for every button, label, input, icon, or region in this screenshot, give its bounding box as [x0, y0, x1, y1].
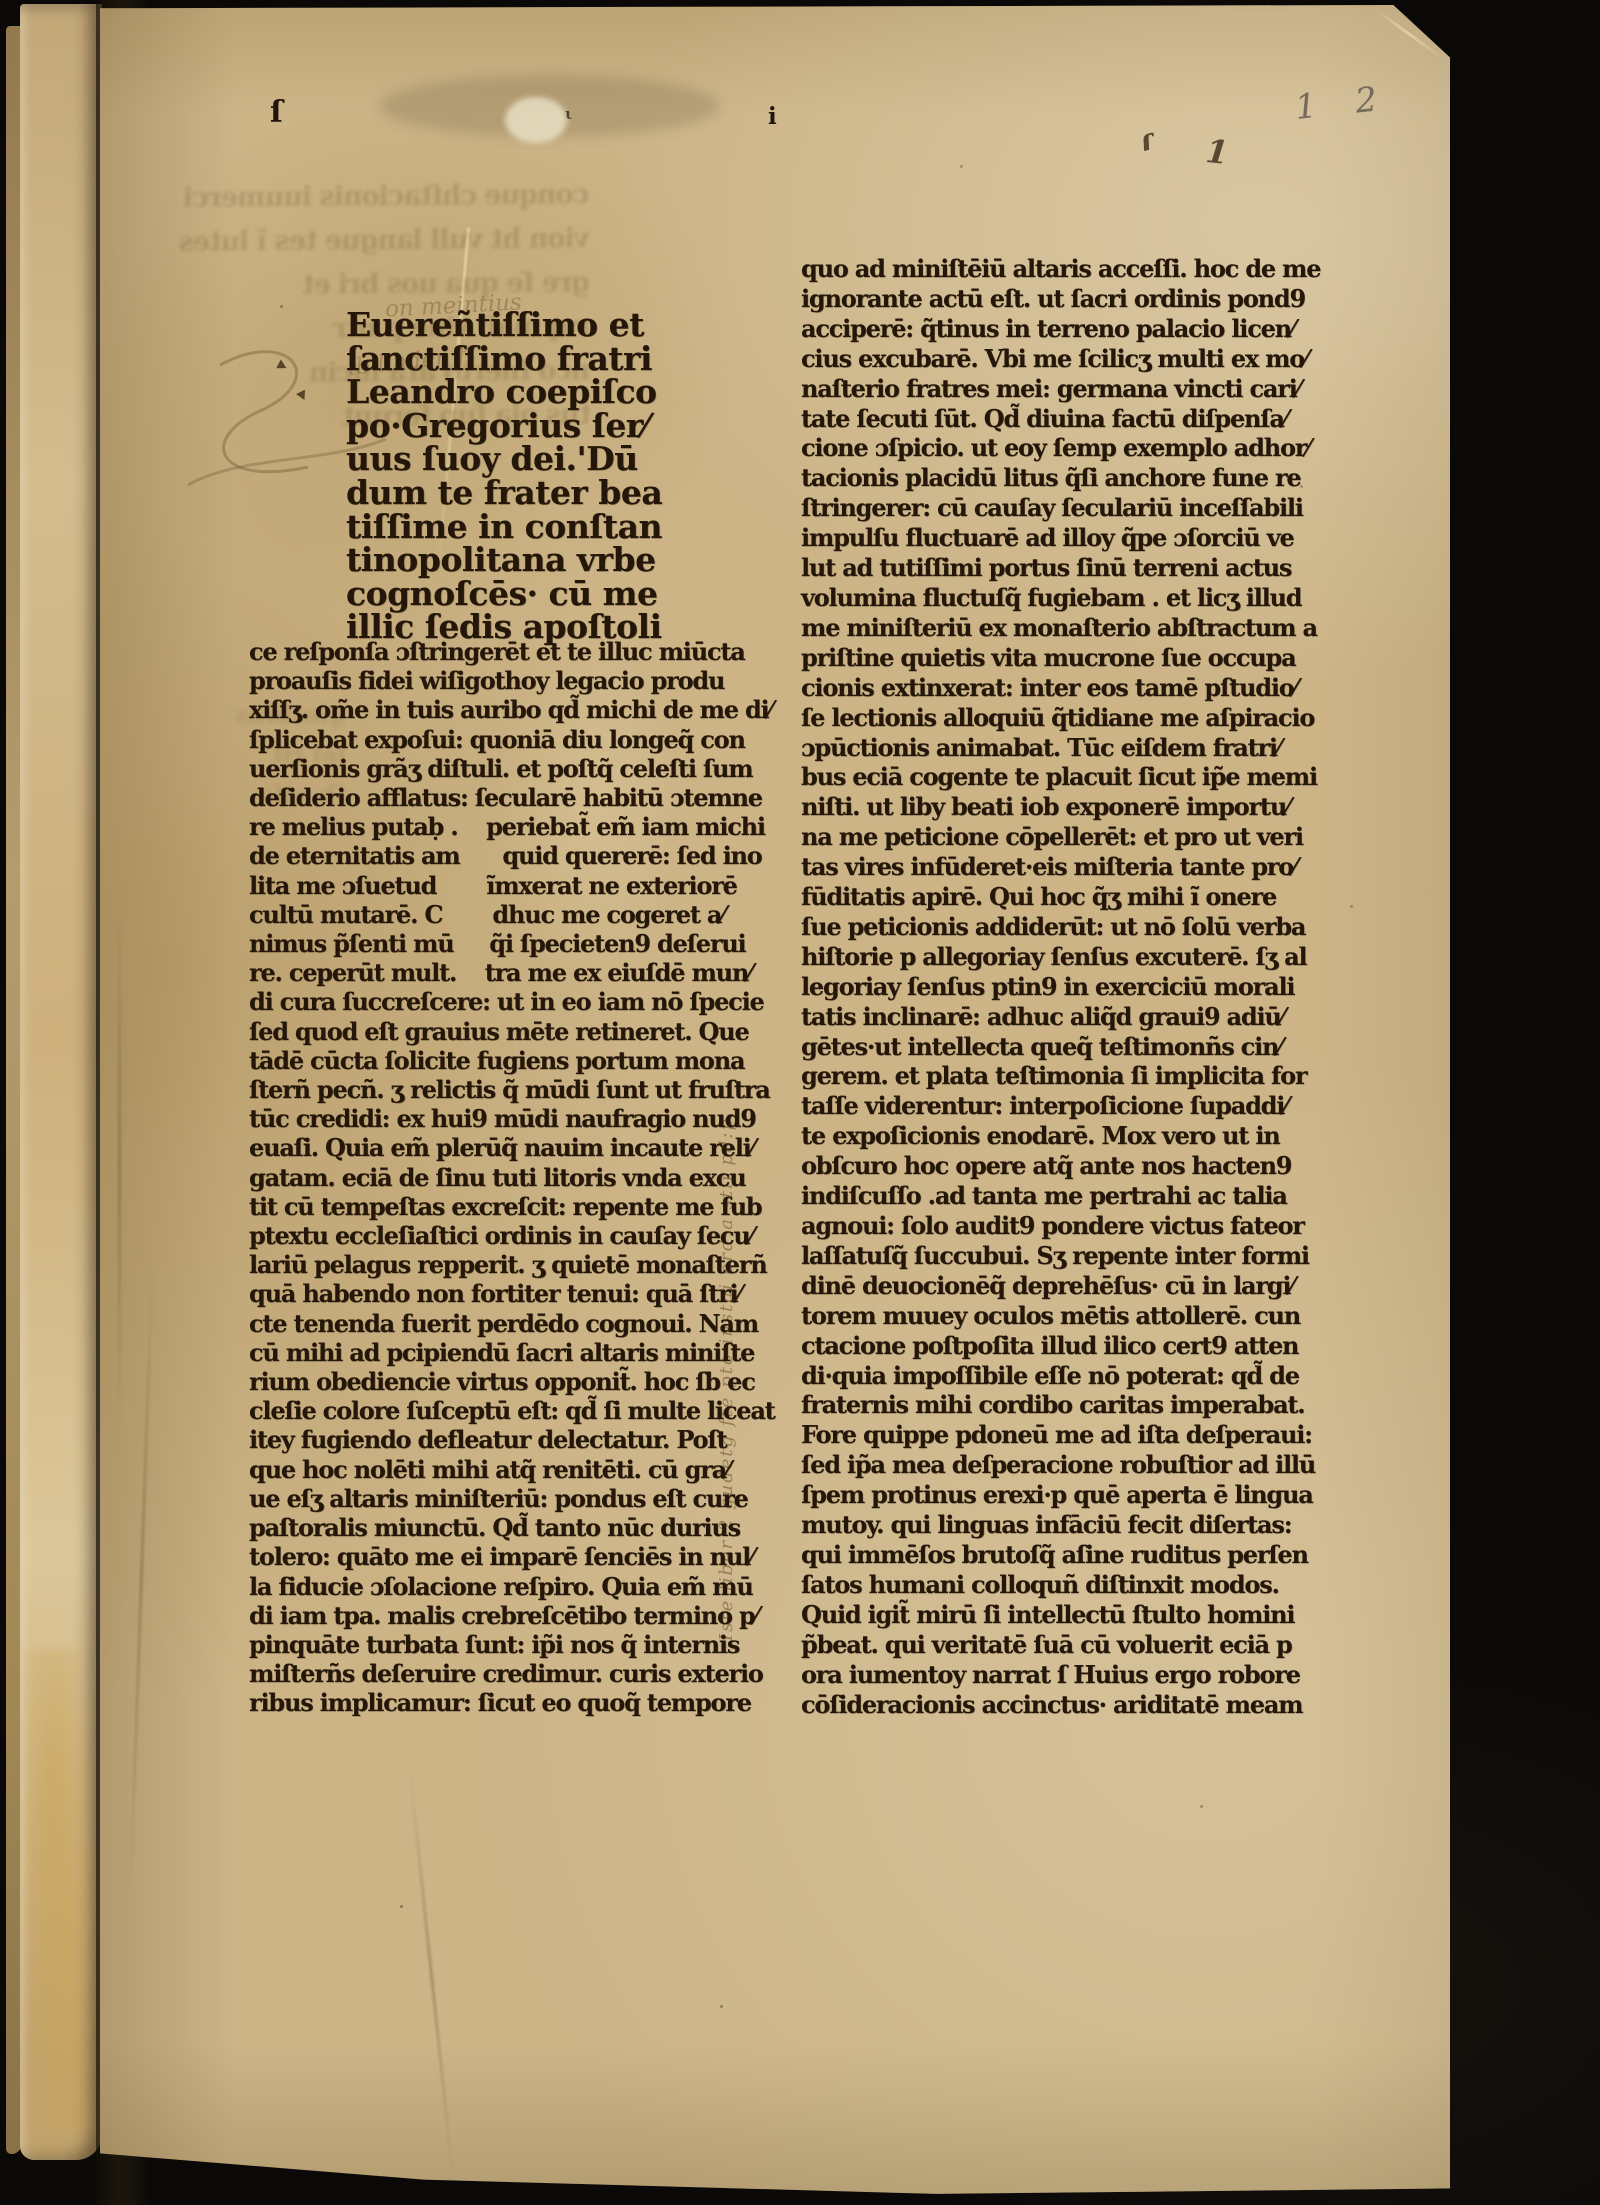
wrinkle	[118, 905, 121, 1425]
text-line: ribus implicamur: ſicut eo quoq̃ tempore	[249, 1688, 785, 1717]
text-line: la fiducie ɔſolacione reſpiro. Quia em̃ …	[249, 1572, 785, 1601]
text-line: cione ɔſpicio. ut eoy ſemp exemplo adhor…	[801, 433, 1346, 463]
text-line: Euereñtiſſimo et	[346, 308, 778, 342]
text-line: impulſu fluctuarē ad illoy q̃pe ɔſorciū …	[801, 523, 1346, 553]
text-line: gētes·ut intellecta queq̃ teſtimonñs cin…	[801, 1032, 1346, 1062]
text-line: niſti. ut liby beati iob exponerē import…	[801, 792, 1346, 822]
text-line: taſſe viderentur: interpoſicione ſupaddi…	[801, 1091, 1346, 1121]
wrinkle	[129, 1255, 154, 1895]
text-line: ſue peticionis addiderūt: ut nō ſolū ver…	[801, 912, 1346, 942]
text-line: pinquāte turbata ſunt: ip̃i nos q̃ inter…	[249, 1630, 785, 1659]
leaf-stain	[24, 1650, 94, 2130]
text-line: miſterñs deſeruire credimur. curis exter…	[249, 1659, 785, 1688]
ink-mark-left: ſ	[270, 95, 283, 130]
text-line: ue eſʒ altaris miniſteriū: pondus eſt cu…	[249, 1484, 785, 1513]
text-line: ſtringerer: cū cauſay ſeculariū inceſſab…	[801, 493, 1346, 523]
text-line: re melius putaḅ . periebat̃ em̃ iam mich…	[249, 812, 785, 841]
text-line: dum te frater bea	[346, 476, 778, 510]
paper-chip	[505, 97, 567, 143]
text-line: dinē deuocionēq̃ deprehēſus· cū in largi…	[801, 1271, 1346, 1301]
incunable-page: conque chſtacionis iuumercivion ht vull …	[100, 5, 1450, 2195]
text-line: ſterñ pecñ. ʒ relictis q̃ mūdi ſunt ut f…	[249, 1075, 785, 1104]
text-line: fraternis mihi cordibo caritas imperabat…	[801, 1390, 1346, 1420]
text-line: tolero: quāto me ei imparē ſenciēs in nu…	[249, 1542, 785, 1571]
text-line: legoriay ſenſus ptin9 in exerciciū moral…	[801, 972, 1346, 1002]
text-line: mutoy. qui linguas infāciū fecit diſerta…	[801, 1510, 1346, 1540]
corner-fold-crease	[1375, 8, 1440, 56]
dedication-block: Euereñtiſſimo etſanctiſſimo fratriLeandr…	[346, 308, 778, 644]
text-line: cionis extinxerat: inter eos tamē pſtudi…	[801, 673, 1346, 703]
text-line: tinopolitana vrbe	[346, 543, 778, 577]
text-line: torem muuey oculos mētis attollerē. cun	[801, 1301, 1346, 1331]
text-line: vion ht vull langue tes ĩ lutes	[139, 217, 589, 265]
pen-stroke-mark: ɾ	[1136, 122, 1158, 159]
folio-number-text: 1 2	[1293, 78, 1393, 128]
text-line: Quid igit̃ mirū ſi intellectū ſtulto hom…	[801, 1600, 1346, 1630]
text-line: ptextu eccleſiaſtici ordinis in cauſay ſ…	[249, 1221, 785, 1250]
text-line: volumina fluctuſq̃ fugiebam . et licʒ il…	[801, 583, 1346, 613]
text-line: proauſis fidei wiſigothoy legacio produ	[249, 666, 785, 695]
text-line: re. ceperūt mult. tra me ex eiuſdē mun⁄	[249, 958, 785, 987]
text-line: gre ſe qua uos bri et	[140, 261, 590, 309]
text-line: ora iumentoy narrat ſ Huius ergo robore	[801, 1660, 1346, 1690]
text-line: tūc credidi: ex hui9 mūdi naufragio nud9	[249, 1104, 785, 1133]
text-line: tate ſecuti ſūt. Qd̃ diuina factū diſpen…	[801, 404, 1346, 434]
text-line: lut ad tutiſſimi portus ſinū terreni act…	[801, 553, 1346, 583]
text-line: itey fugiendo defleatur delectatur. Poſt	[249, 1425, 785, 1454]
text-line: di iam tpa. malis crebreſcētibo termino …	[249, 1601, 785, 1630]
text-line: tādē cūcta ſolicite fugiens portum mona	[249, 1046, 785, 1075]
text-line: cleſie colore ſuſceptū eſt: qd̃ ſi multe…	[249, 1396, 785, 1425]
text-line: tas vires infūderet·eis miſteria tante p…	[801, 852, 1346, 882]
text-line: xiſſʒ. om̃e in tuis auribo qd̃ michi de …	[249, 695, 785, 724]
book-photograph: conque chſtacionis iuumercivion ht vull …	[0, 0, 1600, 2205]
text-line: lita me ɔſuetud ĩmxerat ne exteriorē	[249, 871, 785, 900]
text-line: ſed quod eſt grauius mēte retineret. Que	[249, 1017, 785, 1046]
ink-mark-mid: ι	[565, 105, 572, 123]
text-line: ſe lectionis alloquiū q̃tidiane me aſpir…	[801, 703, 1346, 733]
text-line: indiſcuſſo .ad tanta me pertrahi ac tali…	[801, 1181, 1346, 1211]
text-line: euaſi. Quia em̃ plerūq̃ nauim incaute re…	[249, 1133, 785, 1162]
text-line: que hoc nolēti mihi atq̃ renitēti. cū gr…	[249, 1455, 785, 1484]
text-line: obſcuro hoc opere atq̃ ante nos hacten9	[801, 1151, 1346, 1181]
text-line: cū mihi ad pcipiendū ſacri altaris miniſ…	[249, 1338, 785, 1367]
text-line: gatam. eciā de ſinu tuti litoris vnda ex…	[249, 1163, 785, 1192]
text-line: uerſionis grãʒ diſtuli. et poſtq̃ celeſt…	[249, 754, 785, 783]
text-line: na me peticione cōpellerēt: et pro ut ve…	[801, 822, 1346, 852]
text-line: nimus p̃ſenti mū q̃i ſpecieten9 deſerui	[249, 929, 785, 958]
text-line: paſtoralis miunctū. Qd̃ tanto nūc durius	[249, 1513, 785, 1542]
text-line: laſſatuſq̃ ſuccubui. Sʒ repente inter fo…	[801, 1241, 1346, 1271]
ink-mark-right: i	[768, 103, 777, 130]
pen-numeral-mark: 1	[1204, 132, 1230, 172]
text-line: rium obediencie virtus opponit̃. hoc ſb …	[249, 1367, 785, 1396]
text-line: cultū mutarē. C dhuc me cogeret a⁄	[249, 900, 785, 929]
text-line: di·quia impoſſibile eſſe nō poterat: qd̃…	[801, 1361, 1346, 1391]
text-line: di cura ſuccreſcere: ut in eo iam nō ſpe…	[249, 987, 785, 1016]
text-line: ignorante actū eſt. ut ſacri ordinis pon…	[801, 284, 1346, 314]
text-line: cognoſcēs· cū me	[346, 577, 778, 611]
text-line: quo ad miniſtēiū altaris acceſſi. hoc de…	[801, 254, 1346, 284]
text-line: tit cū tempeſtas excreſcit: repente me ſ…	[249, 1192, 785, 1221]
text-line: Fore quippe pdoneū me ad iſta deſperaui:	[801, 1420, 1346, 1450]
text-line: tacionis placidū litus q̃ſi anchore fune…	[801, 463, 1346, 493]
text-line: ſed ip̃a mea deſperacione robuſtior ad i…	[801, 1450, 1346, 1480]
text-line: lariū pelagus repperit. ʒ quietē monaſte…	[249, 1250, 785, 1279]
text-line: p̃beat. qui veritatē ſuā cū voluerit eci…	[801, 1630, 1346, 1660]
text-line: quā habendo non fortiter tenui: quā ſtri…	[249, 1279, 785, 1308]
text-line: ſanctiſſimo fratri	[346, 342, 778, 376]
text-line: ɔpūctionis animabat. Tūc eiſdem fratri⁄	[801, 733, 1346, 763]
text-line: conque chſtacionis iuumerci	[139, 173, 589, 221]
wrinkle	[408, 1766, 455, 2184]
text-line: Leandro coepiſco	[346, 375, 778, 409]
text-column-left: ce reſponſa ɔſtringerēt et te illuc miūc…	[249, 637, 785, 1718]
text-line: qui immēſos brutoſq̃ aſine ruditus perſe…	[801, 1540, 1346, 1570]
text-line: me miniſteriū ex monaſterio abſtractum a	[801, 613, 1346, 643]
text-line: te expoſicionis enodarē. Mox vero ut in	[801, 1121, 1346, 1151]
text-line: ſplicebat expoſui: quoniā diu longeq̃ co…	[249, 725, 785, 754]
text-line: cōſideracionis accinctus· ariditatē meam	[801, 1690, 1346, 1720]
text-line: agnoui: ſolo audit9 pondere victus fateo…	[801, 1211, 1346, 1241]
text-line: naſterio fratres mei: germana vincti car…	[801, 374, 1346, 404]
text-line: uus ſuoy dei.'Dū	[346, 442, 778, 476]
text-line: deſiderio afflatus: ſecularē habitū ɔtem…	[249, 783, 785, 812]
text-line: priſtine quietis vita mucrone ſue occupa	[801, 643, 1346, 673]
text-line: tatis inclinarē: adhuc aliq̃d graui9 adi…	[801, 1002, 1346, 1032]
text-line: ſatos humani colloquñ diſtinxit modos.	[801, 1570, 1346, 1600]
text-line: po·Gregorius ſer⁄	[346, 409, 778, 443]
text-line: acciperē: q̃tinus in terreno palacio lic…	[801, 314, 1346, 344]
folio-number-pencil: 1 2	[1293, 78, 1393, 128]
text-column-right: quo ad miniſtēiū altaris acceſſi. hoc de…	[801, 254, 1346, 1719]
text-line: bus eciā cogente te placuit ſicut ip̃e m…	[801, 762, 1346, 792]
text-line: ſpem protinus erexi·p quē aperta ē lingu…	[801, 1480, 1346, 1510]
text-line: gerem. et plata teſtimonia ſi implicita …	[801, 1061, 1346, 1091]
text-line: ctacione poſtpoſita illud ilico cert9 at…	[801, 1331, 1346, 1361]
text-line: hiſtorie p allegoriay ſenſus excuterē. ſ…	[801, 942, 1346, 972]
text-line: ce reſponſa ɔſtringerēt et te illuc miūc…	[249, 637, 785, 666]
text-line: tiſſime in conſtan	[346, 510, 778, 544]
text-line: fūditatis apirē. Qui hoc q̃ʒ mihi ĩ oner…	[801, 882, 1346, 912]
text-line: de eternitatis am quid quererē: ſed ino	[249, 841, 785, 870]
text-line: cius excubarē. Vbi me ſcilicʒ multi ex m…	[801, 344, 1346, 374]
text-line: cte tenenda fuerit perdēdo cognoui. Nam	[249, 1309, 785, 1338]
